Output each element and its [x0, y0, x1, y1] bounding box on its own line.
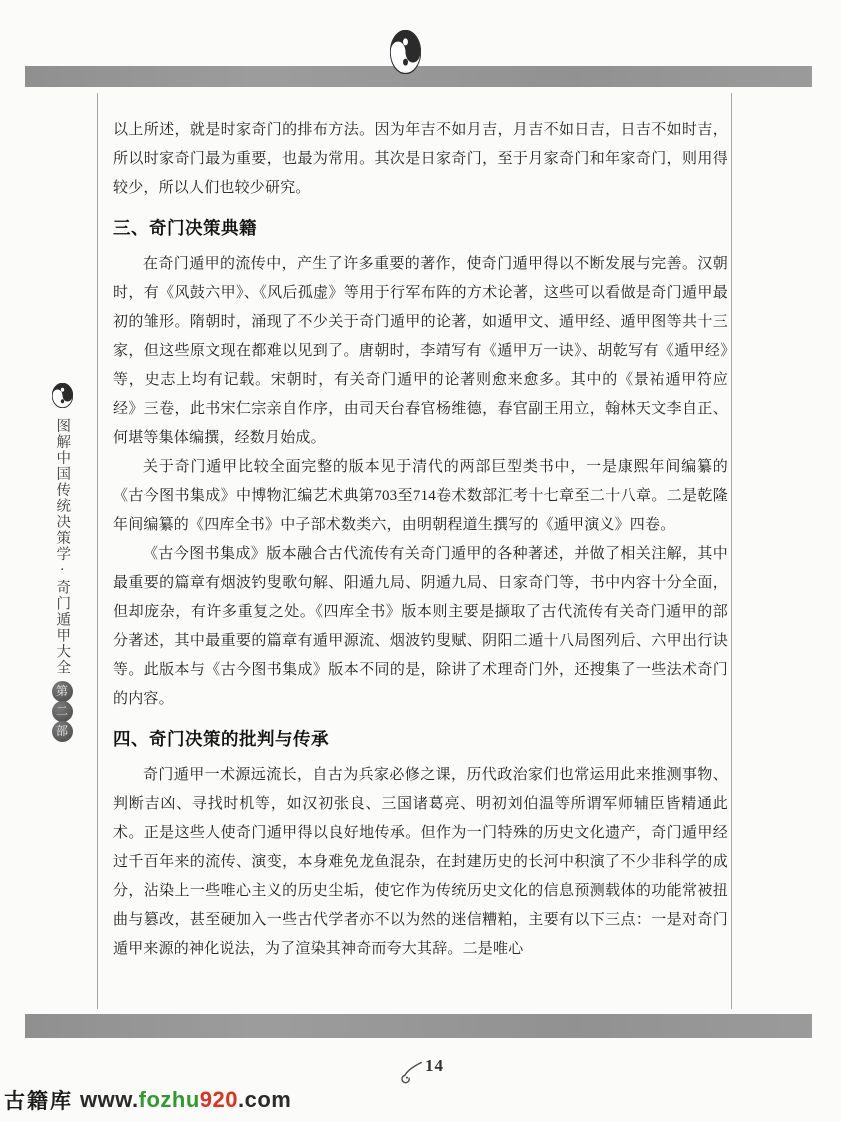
watermark-url-number: 920 — [200, 1087, 238, 1113]
watermark-url-name: fozhu — [139, 1087, 200, 1113]
footer-band — [25, 1014, 812, 1038]
scanned-book-page: 图解中国传统决策学·奇门遁甲大全 第 二 部 以上所述，就是时家奇门的排布方法。… — [0, 0, 841, 1122]
watermark-library-name: 古籍库 — [4, 1085, 73, 1115]
volume-badge: 第 二 部 — [40, 682, 84, 742]
yinyang-taiji-icon — [390, 30, 421, 74]
curl-flourish-icon — [397, 1060, 423, 1084]
volume-badge-char: 部 — [52, 721, 73, 742]
section-heading-3: 三、奇门决策典籍 — [113, 214, 728, 243]
watermark-url: www.fozhu920.com — [80, 1087, 291, 1113]
page-body-text: 以上所述，就是时家奇门的排布方法。因为年吉不如月吉，月吉不如日吉，日吉不如时吉，… — [113, 116, 728, 964]
library-watermark: 古籍库 www.fozhu920.com — [4, 1083, 291, 1117]
paragraph: 在奇门遁甲的流传中，产生了许多重要的著作，使奇门遁甲得以不断发展与完善。汉朝时，… — [113, 250, 728, 453]
paragraph: 奇门遁甲一术源远流长，自古为兵家必修之课，历代政治家们也常运用此来推测事物、判断… — [113, 761, 728, 964]
sidebar-book-title: 图解中国传统决策学·奇门遁甲大全 第 二 部 — [40, 383, 84, 742]
paragraph-continuation: 以上所述，就是时家奇门的排布方法。因为年吉不如月吉，月吉不如日吉，日吉不如时吉，… — [113, 116, 728, 203]
frame-line-right — [731, 93, 732, 1009]
yinyang-taiji-icon — [52, 383, 73, 408]
section-heading-4: 四、奇门决策的批判与传承 — [113, 725, 728, 754]
frame-line-left — [97, 93, 98, 1009]
paragraph: 《古今图书集成》版本融合古代流传有关奇门遁甲的各种著述，并做了相关注解，其中最重… — [113, 540, 728, 714]
watermark-url-tld: .com — [238, 1087, 291, 1113]
watermark-url-www: www. — [80, 1087, 139, 1113]
book-title-vertical: 图解中国传统决策学·奇门遁甲大全 — [55, 418, 70, 676]
volume-badge-char: 二 — [52, 701, 73, 722]
page-number: 14 — [425, 1056, 444, 1076]
volume-badge-char: 第 — [52, 681, 73, 702]
paragraph: 关于奇门遁甲比较全面完整的版本见于清代的两部巨型类书中，一是康熙年间编纂的《古今… — [113, 453, 728, 540]
